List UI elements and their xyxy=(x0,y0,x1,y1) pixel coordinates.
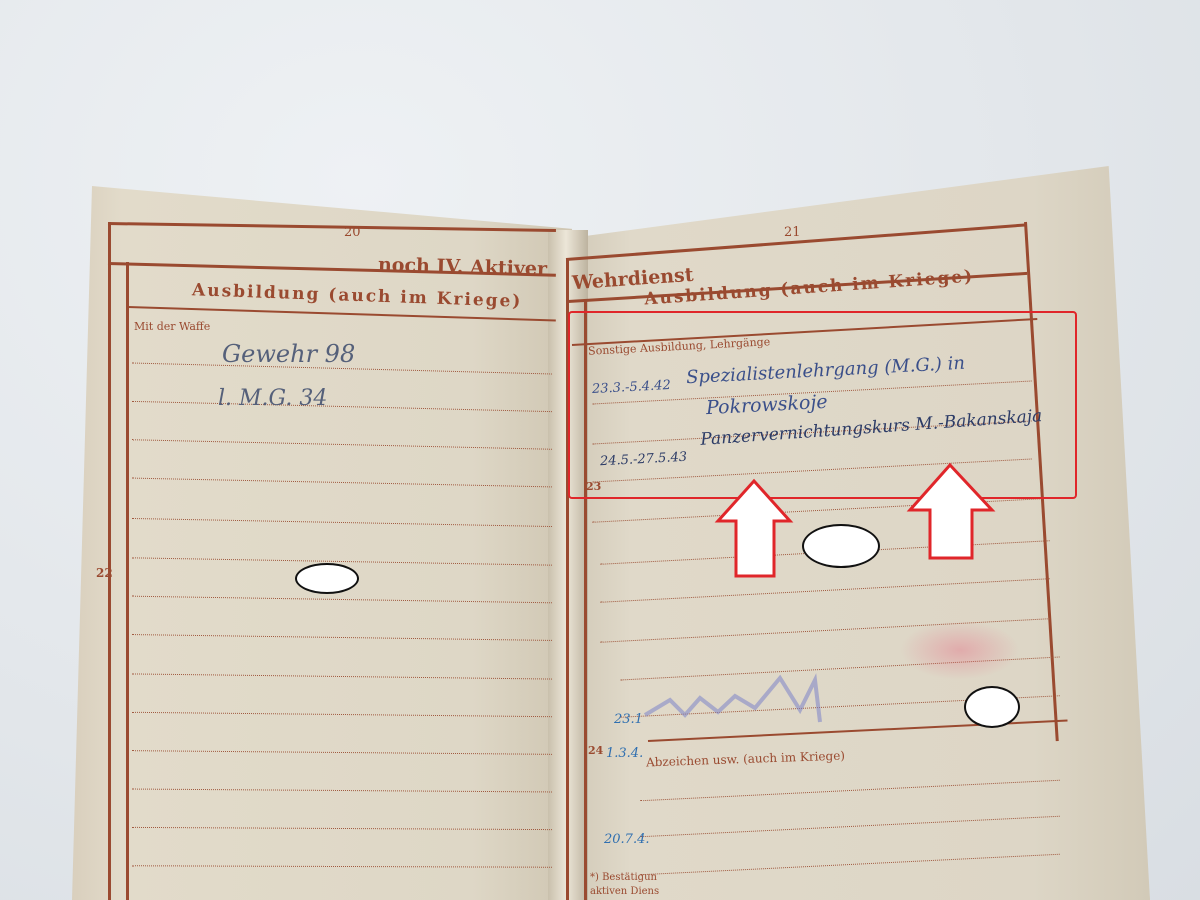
left-margin-number: 22 xyxy=(96,566,113,580)
handwritten-entry-rifle: Gewehr 98 xyxy=(222,340,355,368)
redaction-oval xyxy=(964,686,1020,728)
right-page-number: 21 xyxy=(784,225,801,240)
left-field-label: Mit der Waffe xyxy=(134,320,210,333)
underlying-date-3: 20.7.4. xyxy=(604,832,649,847)
footnote-line-2: aktiven Diens xyxy=(590,886,659,897)
underlying-date-1: 23.1 xyxy=(614,712,643,727)
highlight-box xyxy=(568,311,1077,499)
up-arrow-icon xyxy=(714,478,794,580)
redaction-oval xyxy=(295,563,359,594)
handwritten-entry-mg: l. M.G. 34 xyxy=(218,386,327,411)
left-page-number: 20 xyxy=(344,225,361,240)
signature-mark xyxy=(640,660,840,730)
underlying-date-2: 1.3.4. xyxy=(606,746,643,761)
footnote-line-1: *) Bestätigun xyxy=(590,872,657,883)
redaction-oval xyxy=(802,524,880,568)
red-stamp xyxy=(900,620,1020,680)
up-arrow-icon xyxy=(906,462,996,562)
right-margin-number-24: 24 xyxy=(588,744,603,757)
left-header-fragment: noch IV. Aktiver xyxy=(378,254,548,280)
